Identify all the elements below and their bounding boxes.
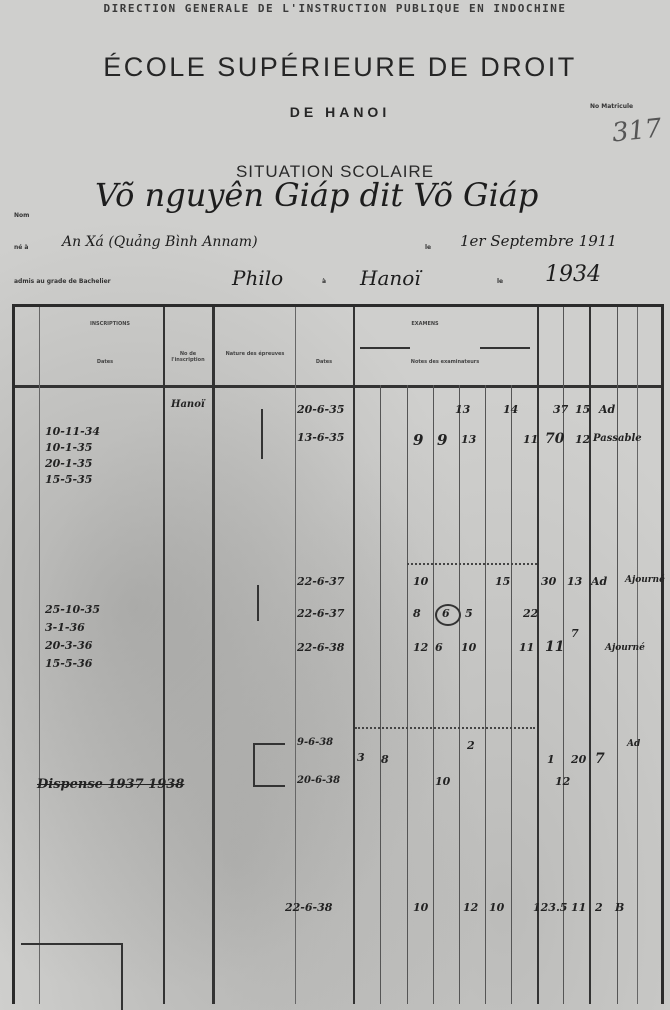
exam-note: 37 [553, 403, 568, 416]
header-examens: EXAMENS [355, 321, 495, 327]
header-inscription-no: No de l'inscription [165, 351, 211, 363]
exam-note: 2 [467, 739, 475, 752]
column-line [39, 307, 40, 1004]
school-title: ÉCOLE SUPÉRIEURE DE DROIT [0, 52, 670, 83]
student-name: Võ nguyên Giáp dit Võ Giáp [95, 176, 538, 214]
exam-note: 20 [571, 753, 586, 766]
header-notes: Notes des examinateurs [365, 359, 525, 365]
inscription-date: 10-11-34 [45, 425, 100, 438]
degree: Philo [232, 266, 283, 290]
corner-box [21, 943, 123, 1010]
exam-result: Ad [599, 403, 615, 416]
exam-date: 9-6-38 [297, 737, 333, 748]
exam-note: 12 [575, 433, 590, 446]
column-line [617, 307, 618, 1004]
dotted-separator [407, 563, 537, 565]
exam-note: 70 [545, 431, 564, 447]
bracket [253, 743, 285, 787]
header-nature: Nature des épreuves [217, 351, 293, 357]
degree-place-label: à [322, 278, 326, 285]
column-line [353, 307, 355, 1004]
exam-note: 10 [461, 641, 476, 654]
exam-note: 10 [413, 901, 428, 914]
exam-note: 13 [455, 403, 470, 416]
inscription-date: 15-5-36 [45, 657, 92, 670]
exam-note: 3 [357, 751, 365, 764]
exam-note: 14 [503, 403, 518, 416]
degree-year-label: le [497, 278, 503, 285]
birth-date: 1er Septembre 1911 [460, 232, 617, 250]
degree-year: 1934 [545, 262, 601, 287]
exam-note: 13 [567, 575, 582, 588]
exam-note: 2 [595, 901, 603, 914]
column-line [407, 385, 408, 1004]
exam-date: 22-6-37 [297, 607, 344, 620]
exam-note: 30 [541, 575, 556, 588]
exam-note: 15 [495, 575, 510, 588]
exam-note: 10 [435, 775, 450, 788]
inscription-date: 20-3-36 [45, 639, 92, 652]
column-line [537, 307, 539, 1004]
exam-result: Ad [591, 575, 607, 588]
inscription-note: Hanoï [171, 399, 205, 410]
exam-note: 6 [442, 607, 450, 620]
exam-note: 10 [413, 575, 428, 588]
exam-note: 12 [463, 901, 478, 914]
bracket [257, 585, 259, 621]
column-line [163, 307, 165, 1004]
degree-label: admis au grade de Bachelier [14, 278, 111, 285]
column-line [637, 307, 638, 1004]
exam-date: 22-6-37 [297, 575, 344, 588]
inscription-date: 15-5-35 [45, 473, 92, 486]
exam-note: 11 [545, 639, 564, 655]
exam-date: 20-6-35 [297, 403, 344, 416]
inscription-date: 20-1-35 [45, 457, 92, 470]
exam-note: 9 [437, 431, 447, 449]
exam-remark: Ajourné [605, 643, 645, 653]
header-divider [15, 385, 661, 388]
header-dates: Dates [65, 359, 145, 365]
exam-note: 9 [413, 431, 423, 449]
birth-date-label: le [425, 244, 431, 251]
column-line [380, 385, 381, 1004]
header-rule [360, 347, 410, 349]
inscription-date: 10-1-35 [45, 441, 92, 454]
header-exam-dates: Dates [297, 359, 351, 365]
exam-note: 6 [435, 641, 443, 654]
exam-note: 22 [523, 607, 538, 620]
column-line [511, 385, 512, 1004]
exam-note: 123.5 [533, 901, 567, 914]
exam-note: 12 [555, 775, 570, 788]
crossed-note: Dispense 1937 1938 [37, 777, 184, 792]
ministry-line: DIRECTION GENERALE DE L'INSTRUCTION PUBL… [0, 2, 670, 15]
exam-date: 13-6-35 [297, 431, 344, 444]
inscription-date: 25-10-35 [45, 603, 100, 616]
exam-note: 7 [571, 627, 579, 640]
exam-note: 8 [381, 753, 389, 766]
header-inscriptions: INSCRIPTIONS [55, 321, 165, 327]
scanned-document: DIRECTION GENERALE DE L'INSTRUCTION PUBL… [0, 0, 670, 1010]
exam-note: 11 [523, 433, 538, 446]
exam-note: 7 [595, 751, 605, 767]
exam-result: Passable [593, 433, 642, 444]
exam-result: B [615, 901, 624, 914]
school-city: DE HANOI [0, 104, 670, 120]
exam-note: 12 [413, 641, 428, 654]
exam-remark: Ajourné [625, 575, 665, 585]
exam-date: 20-6-38 [297, 775, 340, 786]
column-line [295, 307, 296, 1004]
exam-note: 8 [413, 607, 421, 620]
exam-note: 5 [465, 607, 473, 620]
exam-date: 22-6-38 [285, 901, 332, 914]
exam-result: Ad [627, 739, 640, 749]
register-number: 317 [611, 113, 664, 148]
exam-note: 1 [547, 753, 555, 766]
register-label: No Matricule [590, 103, 633, 110]
birth-label: né à [14, 244, 28, 251]
header-rule [480, 347, 530, 349]
column-line [212, 307, 215, 1004]
inscription-date: 3-1-36 [45, 621, 85, 634]
exam-note: 13 [461, 433, 476, 446]
dotted-separator [355, 727, 535, 729]
birthplace: An Xá (Quảng Bình Annam) [62, 234, 258, 250]
exam-note: 11 [571, 901, 586, 914]
exam-note: 11 [519, 641, 534, 654]
column-line [459, 385, 460, 1004]
column-line [485, 385, 486, 1004]
bracket [261, 409, 263, 459]
column-line [433, 385, 434, 1004]
exam-note: 10 [489, 901, 504, 914]
name-label: Nom [14, 212, 29, 219]
degree-place: Hanoï [360, 266, 421, 290]
exam-date: 22-6-38 [297, 641, 344, 654]
exam-note: 15 [575, 403, 590, 416]
records-table: INSCRIPTIONS EXAMENS Dates No de l'inscr… [12, 304, 664, 1004]
